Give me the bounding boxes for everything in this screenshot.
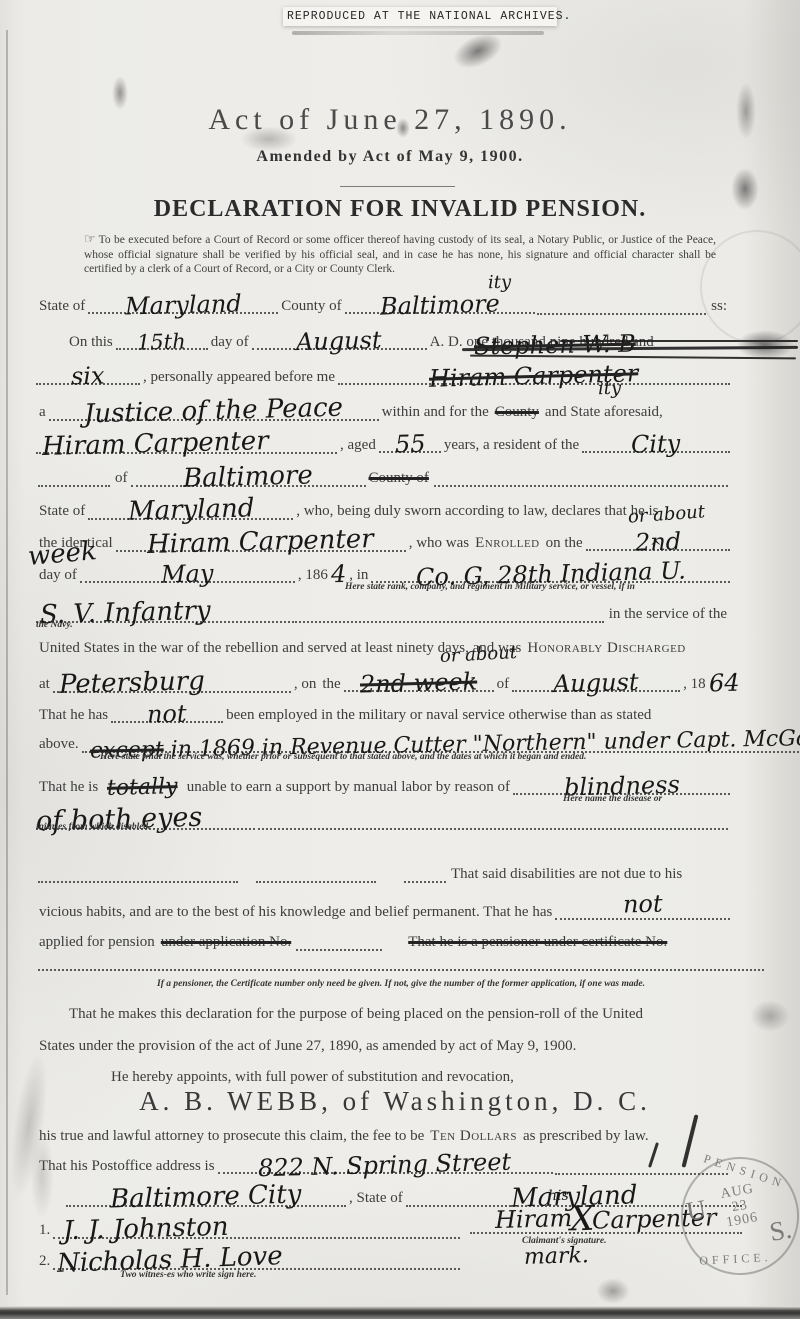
county-field: Baltimore bbox=[345, 293, 535, 314]
enlist-date-line: day of May , 186 4 , in Co. G, 28th Indi… bbox=[36, 562, 730, 584]
injuries-hint: injuries from which disabled. bbox=[36, 822, 151, 832]
fee-line: his true and lawful attorney to prosecut… bbox=[36, 1128, 730, 1145]
stamp-bottom-text: OFFICE. bbox=[678, 1249, 793, 1270]
year-186-text: , 186 bbox=[298, 567, 328, 584]
national-archives-banner: REPRODUCED AT THE NATIONAL ARCHIVES. bbox=[283, 7, 557, 26]
discharge-place-field: Petersburg bbox=[53, 670, 291, 693]
fee-pre-text: his true and lawful attorney to prosecut… bbox=[39, 1128, 424, 1145]
residence-place-handwriting: Baltimore bbox=[183, 465, 313, 489]
attorney-name: A. B. WEBB, of Washington, D. C. bbox=[0, 1086, 790, 1117]
state-aforesaid-text: and State aforesaid, bbox=[545, 404, 663, 421]
totally-text: totally bbox=[107, 774, 178, 801]
city-field: Baltimore City bbox=[66, 1184, 346, 1207]
his-word-handwriting: his bbox=[548, 1189, 569, 1204]
appoints-text: He hereby appoints, with full power of s… bbox=[111, 1069, 514, 1086]
service-hint: Here state what the service was, whether… bbox=[100, 752, 586, 762]
discharge-line: at Petersburg , on the 2nd week of Augus… bbox=[36, 670, 772, 693]
a-label: a bbox=[39, 404, 46, 421]
county-value-handwriting: Baltimore bbox=[380, 294, 500, 316]
not-handwriting: not bbox=[147, 704, 187, 724]
witness-1-handwriting: J. J. Johnston bbox=[63, 1217, 229, 1242]
month-value-handwriting: August bbox=[296, 331, 382, 352]
appeared-text: , personally appeared before me bbox=[143, 369, 335, 386]
ink-smudge bbox=[292, 31, 544, 35]
within-text: within and for the bbox=[382, 404, 489, 421]
month-field: August bbox=[252, 329, 427, 350]
on-this-label: On this bbox=[69, 334, 113, 351]
witness-1-line: 1. J. J. Johnston bbox=[36, 1216, 460, 1239]
venue-line: State of Maryland County of Baltimore ss… bbox=[36, 293, 730, 315]
enrolled-word: Enrolled bbox=[475, 535, 540, 552]
officer-title-field: Justice of the Peace bbox=[49, 398, 379, 421]
or-about-insertion-handwriting: or about bbox=[628, 505, 706, 525]
dotted-divider bbox=[36, 966, 766, 971]
dotted-leader bbox=[38, 482, 110, 487]
fee-amount: Ten Dollars bbox=[430, 1128, 517, 1145]
ink-smudge bbox=[596, 1278, 630, 1304]
residence-kind-field: City bbox=[582, 432, 730, 453]
at-label: at bbox=[39, 676, 50, 693]
not2-field: not bbox=[555, 899, 730, 920]
identical-name-field: Hiram Carpenter bbox=[116, 529, 406, 552]
pensioner-hint: If a pensioner, the Certificate number o… bbox=[108, 979, 694, 989]
claimant-name-field: Hiram Carpenter bbox=[36, 431, 337, 454]
dotted-leader bbox=[38, 966, 764, 971]
county-of-struck: County of bbox=[369, 470, 429, 487]
unit-field: Co. G, 28th Indiana U. bbox=[371, 562, 730, 583]
state-of-label: State of bbox=[39, 298, 85, 315]
caret-mark: ^ bbox=[462, 681, 474, 695]
dotted-leader bbox=[253, 825, 728, 830]
day-field: 15th bbox=[116, 331, 208, 350]
disabilities-text: That said disabilities are not due to hi… bbox=[451, 866, 682, 883]
discharge-year-handwriting: 64 bbox=[708, 674, 739, 694]
applied-line: applied for pension under application No… bbox=[36, 934, 730, 951]
purpose-line-1: That he makes this declaration for the p… bbox=[66, 1006, 730, 1023]
unable-text: unable to earn a support by manual labor… bbox=[187, 779, 510, 796]
state-field: Maryland bbox=[88, 293, 278, 314]
that-he-has-label: That he has bbox=[39, 707, 108, 724]
week-overlay-handwriting: week bbox=[27, 541, 97, 568]
purpose-text-2: States under the provision of the act of… bbox=[39, 1038, 576, 1055]
sworn-line: State of Maryland , who, being duly swor… bbox=[36, 497, 730, 520]
dotted-leader bbox=[296, 946, 382, 951]
discharge-month-handwriting: August bbox=[553, 673, 639, 694]
witness-1-number: 1. bbox=[39, 1222, 50, 1239]
claimant-first-handwriting: Hiram bbox=[495, 1209, 573, 1230]
of-label: of bbox=[497, 676, 510, 693]
county-word-struck: County bbox=[495, 404, 539, 421]
pension-declaration-scan: REPRODUCED AT THE NATIONAL ARCHIVES. Act… bbox=[0, 0, 800, 1319]
discharge-week-handwriting: 2nd week bbox=[360, 672, 478, 694]
state-value-handwriting: Maryland bbox=[127, 498, 254, 522]
discharge-place-handwriting: Petersburg bbox=[59, 671, 205, 696]
residence-line: of Baltimore County of bbox=[36, 464, 730, 487]
unit-hint: Here state rank, company, and regiment i… bbox=[345, 582, 635, 592]
dotted-leader bbox=[434, 482, 728, 487]
enlist-month-handwriting: May bbox=[161, 564, 214, 585]
habits-line: vicious habits, and are to the best of h… bbox=[36, 899, 730, 921]
navy-hint: the Navy. bbox=[36, 620, 73, 630]
residence-kind-handwriting: City bbox=[631, 434, 681, 454]
scan-bottom-edge bbox=[0, 1306, 800, 1319]
day-value-handwriting: 15th bbox=[137, 333, 186, 351]
faint-stamp-ghost bbox=[700, 230, 800, 344]
dotted-leader bbox=[292, 618, 604, 623]
city-correction-handwriting: ity bbox=[488, 276, 512, 291]
year-word-field: six bbox=[36, 364, 140, 385]
application-struck-text: under application No. bbox=[161, 934, 291, 951]
mark-word-handwriting: mark. bbox=[524, 1247, 589, 1266]
day-of-label: day of bbox=[211, 334, 249, 351]
purpose-text-1: That he makes this declaration for the p… bbox=[69, 1006, 643, 1023]
enlist-month-field: May bbox=[80, 562, 295, 583]
disease-hint: Here name the disease or bbox=[563, 794, 662, 804]
exception-field: except in 1869 in Revenue Cutter "Northe… bbox=[82, 733, 800, 753]
city-correction-handwriting: ity bbox=[598, 382, 622, 397]
identical-name-handwriting: Hiram Carpenter bbox=[147, 529, 374, 556]
disease-field: blindness bbox=[513, 774, 730, 795]
state-of-label: , State of bbox=[349, 1190, 403, 1207]
instructions-text: To be executed before a Court of Record … bbox=[84, 234, 716, 275]
age-value-handwriting: 55 bbox=[394, 435, 425, 455]
comma-18-text: , 18 bbox=[683, 676, 706, 693]
struck-name-handwriting: Stephen W. B bbox=[474, 335, 636, 357]
employed-text: been employed in the military or naval s… bbox=[226, 707, 651, 724]
disability-line: That he is totally unable to earn a supp… bbox=[36, 774, 730, 796]
of-label: of bbox=[115, 470, 128, 487]
address-field: 822 N. Spring Street bbox=[218, 1153, 553, 1174]
appoints-line: He hereby appoints, with full power of s… bbox=[108, 1069, 730, 1086]
stamp-date: AUG 23 1906 bbox=[707, 1180, 774, 1234]
claimant-name-handwriting: Hiram Carpenter bbox=[42, 431, 269, 458]
city-handwriting: Baltimore City bbox=[110, 1184, 302, 1210]
who-was-text: , who was bbox=[409, 535, 469, 552]
discharge-month-field: August bbox=[512, 671, 680, 692]
amended-subtitle: Amended by Act of May 9, 1900. bbox=[0, 148, 780, 166]
war-line: United States in the war of the rebellio… bbox=[36, 640, 730, 657]
appeared-line: six , personally appeared before me Hira… bbox=[36, 364, 730, 386]
totally-struck-handwriting: totally bbox=[107, 778, 178, 797]
infantry-line: S. V. Infantry in the service of the bbox=[36, 600, 730, 623]
county-of-label: County of bbox=[281, 298, 341, 315]
above-label: above. bbox=[39, 736, 79, 753]
witness-2-number: 2. bbox=[39, 1253, 50, 1270]
address-line: That his Postoffice address is 822 N. Sp… bbox=[36, 1153, 730, 1175]
pointing-hand-icon: ☞ bbox=[84, 231, 96, 246]
that-he-is-label: That he is bbox=[39, 779, 98, 796]
not-field: not bbox=[111, 702, 223, 723]
applied-text: applied for pension bbox=[39, 934, 155, 951]
act-title: Act of June 27, 1890. bbox=[0, 103, 780, 137]
disabilities-line: That said disabilities are not due to hi… bbox=[36, 866, 730, 883]
faint-side-stamp bbox=[4, 1049, 55, 1202]
address-handwriting: 822 N. Spring Street bbox=[258, 1153, 512, 1179]
dotted-leader bbox=[256, 878, 376, 883]
officer-name-field: Hiram Carpenter bbox=[338, 364, 730, 385]
address-label: That his Postoffice address is bbox=[39, 1158, 215, 1175]
exception-line: above. except in 1869 in Revenue Cutter … bbox=[36, 733, 796, 753]
sworn-text: , who, being duly sworn according to law… bbox=[296, 503, 658, 520]
witnesses-hint: Two witnes-es who write sign here. bbox=[120, 1270, 256, 1280]
identical-line: the identical Hiram Carpenter , who was … bbox=[36, 529, 730, 552]
claimant-line: Hiram Carpenter , aged 55 years, a resid… bbox=[36, 431, 730, 454]
not2-handwriting: not bbox=[623, 894, 663, 914]
not-employed-line: That he has not been employed in the mil… bbox=[36, 702, 730, 724]
or-about-insertion-handwriting: or about bbox=[440, 646, 518, 664]
form-title: DECLARATION FOR INVALID PENSION. bbox=[0, 196, 800, 223]
discharged-word: Honorably Discharged bbox=[527, 640, 685, 657]
dotted-leader bbox=[38, 878, 238, 883]
ink-smudge bbox=[750, 1000, 790, 1032]
fee-post-text: as prescribed by law. bbox=[523, 1128, 649, 1145]
the-word: the bbox=[322, 676, 340, 693]
execution-instructions: ☞To be executed before a Court of Record… bbox=[84, 231, 716, 277]
state-value-handwriting: Maryland bbox=[125, 294, 242, 316]
aged-label: , aged bbox=[340, 437, 376, 454]
state-field: Maryland bbox=[88, 497, 293, 520]
purpose-line-2: States under the provision of the act of… bbox=[36, 1038, 730, 1055]
year-word-handwriting: six bbox=[71, 367, 105, 387]
on-label: , on bbox=[294, 676, 317, 693]
witness-2-field: Nicholas H. Love bbox=[53, 1247, 460, 1270]
age-field: 55 bbox=[379, 432, 441, 453]
witness-1-field: J. J. Johnston bbox=[53, 1216, 460, 1239]
unit2-field: S. V. Infantry bbox=[36, 600, 290, 623]
residence-place-field: Baltimore bbox=[131, 464, 366, 487]
resident-text: years, a resident of the bbox=[444, 437, 579, 454]
on-the-text: on the bbox=[546, 535, 583, 552]
state-of-label: State of bbox=[39, 503, 85, 520]
dotted-leader bbox=[537, 310, 706, 315]
dotted-leader bbox=[404, 878, 446, 883]
officer-title-handwriting: Justice of the Peace bbox=[84, 398, 344, 426]
pensioner-struck-text: That he is a pensioner under certificate… bbox=[408, 934, 667, 951]
witness-2-line: 2. Nicholas H. Love bbox=[36, 1247, 460, 1270]
caret-mark: ^ bbox=[650, 540, 662, 554]
divider-rule bbox=[340, 186, 455, 187]
habits-text: vicious habits, and are to the best of h… bbox=[39, 904, 552, 921]
officer-title-line: a Justice of the Peace within and for th… bbox=[36, 398, 730, 421]
service-text: in the service of the bbox=[609, 606, 727, 623]
